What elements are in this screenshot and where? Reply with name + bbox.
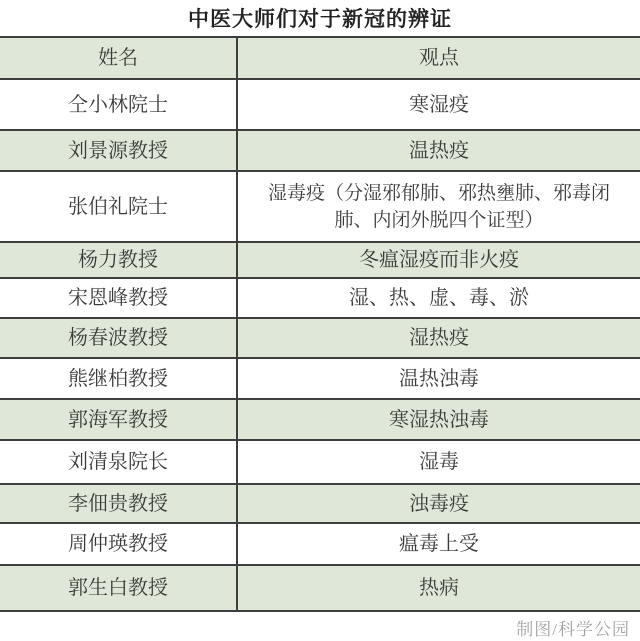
- table-row: 郭海军教授寒湿热浊毒: [0, 400, 640, 441]
- name-cell: 刘景源教授: [0, 131, 238, 170]
- table-row: 宋恩峰教授湿、热、虚、毒、淤: [0, 279, 640, 319]
- viewpoint-cell: 冬瘟湿疫而非火疫: [238, 243, 640, 277]
- viewpoint-cell: 湿热疫: [238, 319, 640, 357]
- page: 中医大师们对于新冠的辨证 姓名 观点 仝小林院士寒湿疫刘景源教授温热疫张伯礼院士…: [0, 0, 640, 641]
- table-row: 熊继柏教授温热浊毒: [0, 359, 640, 400]
- credit-text: 制图/科学公园: [516, 615, 630, 640]
- name-cell: 郭生白教授: [0, 566, 238, 610]
- name-cell: 仝小林院士: [0, 80, 238, 129]
- viewpoint-cell: 湿毒: [238, 441, 640, 483]
- table-body: 仝小林院士寒湿疫刘景源教授温热疫张伯礼院士湿毒疫（分湿邪郁肺、邪热壅肺、邪毒闭肺…: [0, 80, 640, 612]
- footer-band: 制图/科学公园: [0, 612, 640, 641]
- viewpoint-cell: 湿、热、虚、毒、淤: [238, 279, 640, 317]
- table-row: 李佃贵教授浊毒疫: [0, 485, 640, 524]
- table-row: 刘清泉院长湿毒: [0, 441, 640, 485]
- name-cell: 张伯礼院士: [0, 172, 238, 241]
- table-row: 杨春波教授湿热疫: [0, 319, 640, 359]
- differentiation-table: 姓名 观点 仝小林院士寒湿疫刘景源教授温热疫张伯礼院士湿毒疫（分湿邪郁肺、邪热壅…: [0, 36, 640, 612]
- table-header-row: 姓名 观点: [0, 38, 640, 80]
- title-band: 中医大师们对于新冠的辨证: [0, 0, 640, 36]
- table-row: 周仲瑛教授瘟毒上受: [0, 524, 640, 566]
- viewpoint-cell: 寒湿热浊毒: [238, 400, 640, 439]
- table-row: 刘景源教授温热疫: [0, 131, 640, 172]
- viewpoint-cell: 湿毒疫（分湿邪郁肺、邪热壅肺、邪毒闭肺、内闭外脱四个证型）: [238, 172, 640, 241]
- header-viewpoint-column: 观点: [238, 38, 640, 78]
- name-cell: 杨春波教授: [0, 319, 238, 357]
- viewpoint-cell: 瘟毒上受: [238, 524, 640, 564]
- viewpoint-cell: 温热疫: [238, 131, 640, 170]
- table-row: 郭生白教授热病: [0, 566, 640, 612]
- page-title: 中医大师们对于新冠的辨证: [188, 3, 452, 33]
- viewpoint-cell: 浊毒疫: [238, 485, 640, 522]
- table-row: 杨力教授冬瘟湿疫而非火疫: [0, 243, 640, 279]
- viewpoint-cell: 热病: [238, 566, 640, 610]
- table-row: 张伯礼院士湿毒疫（分湿邪郁肺、邪热壅肺、邪毒闭肺、内闭外脱四个证型）: [0, 172, 640, 243]
- header-name-column: 姓名: [0, 38, 238, 78]
- name-cell: 周仲瑛教授: [0, 524, 238, 564]
- name-cell: 李佃贵教授: [0, 485, 238, 522]
- table-row: 仝小林院士寒湿疫: [0, 80, 640, 131]
- viewpoint-cell: 寒湿疫: [238, 80, 640, 129]
- viewpoint-cell: 温热浊毒: [238, 359, 640, 398]
- name-cell: 杨力教授: [0, 243, 238, 277]
- name-cell: 宋恩峰教授: [0, 279, 238, 317]
- name-cell: 熊继柏教授: [0, 359, 238, 398]
- name-cell: 刘清泉院长: [0, 441, 238, 483]
- name-cell: 郭海军教授: [0, 400, 238, 439]
